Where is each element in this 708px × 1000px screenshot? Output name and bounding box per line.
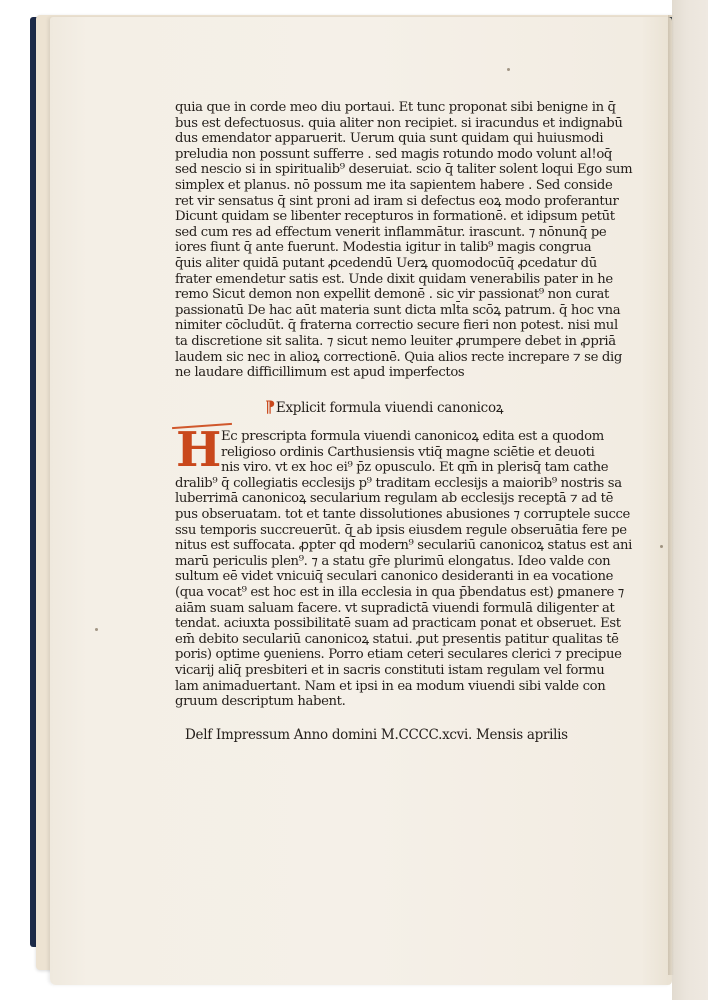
explicit-text: Explicit formula viuendi canonicoꝝ bbox=[276, 400, 503, 416]
text-line: poris) optime ꝯueniens. Porro etiam cete… bbox=[175, 647, 625, 663]
text-line: nimiter cōcludūt. q̄ fraterna correctio … bbox=[175, 318, 625, 334]
text-line: nis viro. vt ex hoc ei⁹ p̄z opusculo. Et… bbox=[175, 460, 625, 476]
text-line: preludia non possunt sufferre . sed magi… bbox=[175, 147, 625, 163]
text-line: pus obseruatam. tot et tante dissolution… bbox=[175, 507, 625, 523]
text-line: nitus est suffocata. ꝓpter qd̄ modern⁹ s… bbox=[175, 538, 625, 554]
second-text-block: Ec prescripta formula viuendi canonicoꝝ … bbox=[175, 429, 625, 710]
text-line: quia que in corde meo diu portaui. Et tu… bbox=[175, 100, 625, 116]
text-line: Ec prescripta formula viuendi canonicoꝝ … bbox=[175, 429, 625, 445]
text-line: em̄ debito seculariū canonicoꝝ statui. ꝓ… bbox=[175, 632, 625, 648]
text-line: simplex et planus. nō possum me ita sapi… bbox=[175, 178, 625, 194]
text-line: luberrimā canonicoꝝ secularium regulam a… bbox=[175, 491, 625, 507]
explicit-heading: ⁋Explicit formula viuendi canonicoꝝ bbox=[265, 397, 503, 416]
text-line: lam animaduertant. Nam et ipsi in ea mod… bbox=[175, 679, 625, 695]
text-line: ssu temporis succreuerūt. q̄ ab ipsis ei… bbox=[175, 523, 625, 539]
text-line: vicarij aliq̄ presbiteri et in sacris co… bbox=[175, 663, 625, 679]
paper-spot bbox=[507, 68, 510, 71]
text-line: tendat. aciuxta possibilitatē suam ad pr… bbox=[175, 616, 625, 632]
text-line: aiām suam saluam facere. vt supradictā v… bbox=[175, 601, 625, 617]
text-line: dralib⁹ q̄ collegiatis ecclesijs p⁹ trad… bbox=[175, 476, 625, 492]
text-line: sultum eē videt vnicuiq̄ seculari canoni… bbox=[175, 569, 625, 585]
text-line: q̄uis aliter quidā putant ꝓcedendū Uerꝝ … bbox=[175, 256, 625, 272]
text-line: marū periculis plen⁹. ⁊ a statu gr̄e plu… bbox=[175, 554, 625, 570]
text-line: iores fiunt q̄ ante fuerunt. Modestia ig… bbox=[175, 240, 625, 256]
text-line: Dicunt quidam se libenter recepturos in … bbox=[175, 209, 625, 225]
gutter-shadow bbox=[668, 15, 674, 975]
text-line: laudem sic nec in alioꝝ correctionē. Qui… bbox=[175, 350, 625, 366]
text-line: ret vir sensatus q̄ sint proni ad iram s… bbox=[175, 194, 625, 210]
paper-spot bbox=[660, 545, 663, 548]
text-line: sed nescio si in spiritualib⁹ deseruiat.… bbox=[175, 162, 625, 178]
text-line: dus emendator apparuerit. Uerum quia sun… bbox=[175, 131, 625, 147]
text-line: frater emendetur satis est. Unde dixit q… bbox=[175, 272, 625, 288]
text-line: ta discretione sit salita. ⁊ sicut nemo … bbox=[175, 334, 625, 350]
text-line: (qua vocat⁹ est hoc est in illa ecclesia… bbox=[175, 585, 625, 601]
text-line: religioso ordinis Carthusiensis vtiq̄ ma… bbox=[175, 445, 625, 461]
paragraph-mark-icon: ⁋ bbox=[265, 397, 275, 416]
text-line: remo Sicut demon non expellit demonē . s… bbox=[175, 287, 625, 303]
paper-spot bbox=[95, 628, 98, 631]
text-line: bus est defectuosus. quia aliter non rec… bbox=[175, 116, 625, 132]
text-line: sed cum res ad effectum venerit inflammā… bbox=[175, 225, 625, 241]
text-line: passionatū De hac aūt materia sunt dicta… bbox=[175, 303, 625, 319]
text-line: gruum descriptum habent. bbox=[175, 694, 625, 710]
main-text-block: quia que in corde meo diu portaui. Et tu… bbox=[175, 100, 625, 381]
text-line: ne laudare difficillimum est apud imperf… bbox=[175, 365, 625, 381]
facing-leaf bbox=[672, 0, 708, 1000]
colophon: Delf Impressum Anno domini M.CCCC.xcvi. … bbox=[185, 727, 568, 743]
